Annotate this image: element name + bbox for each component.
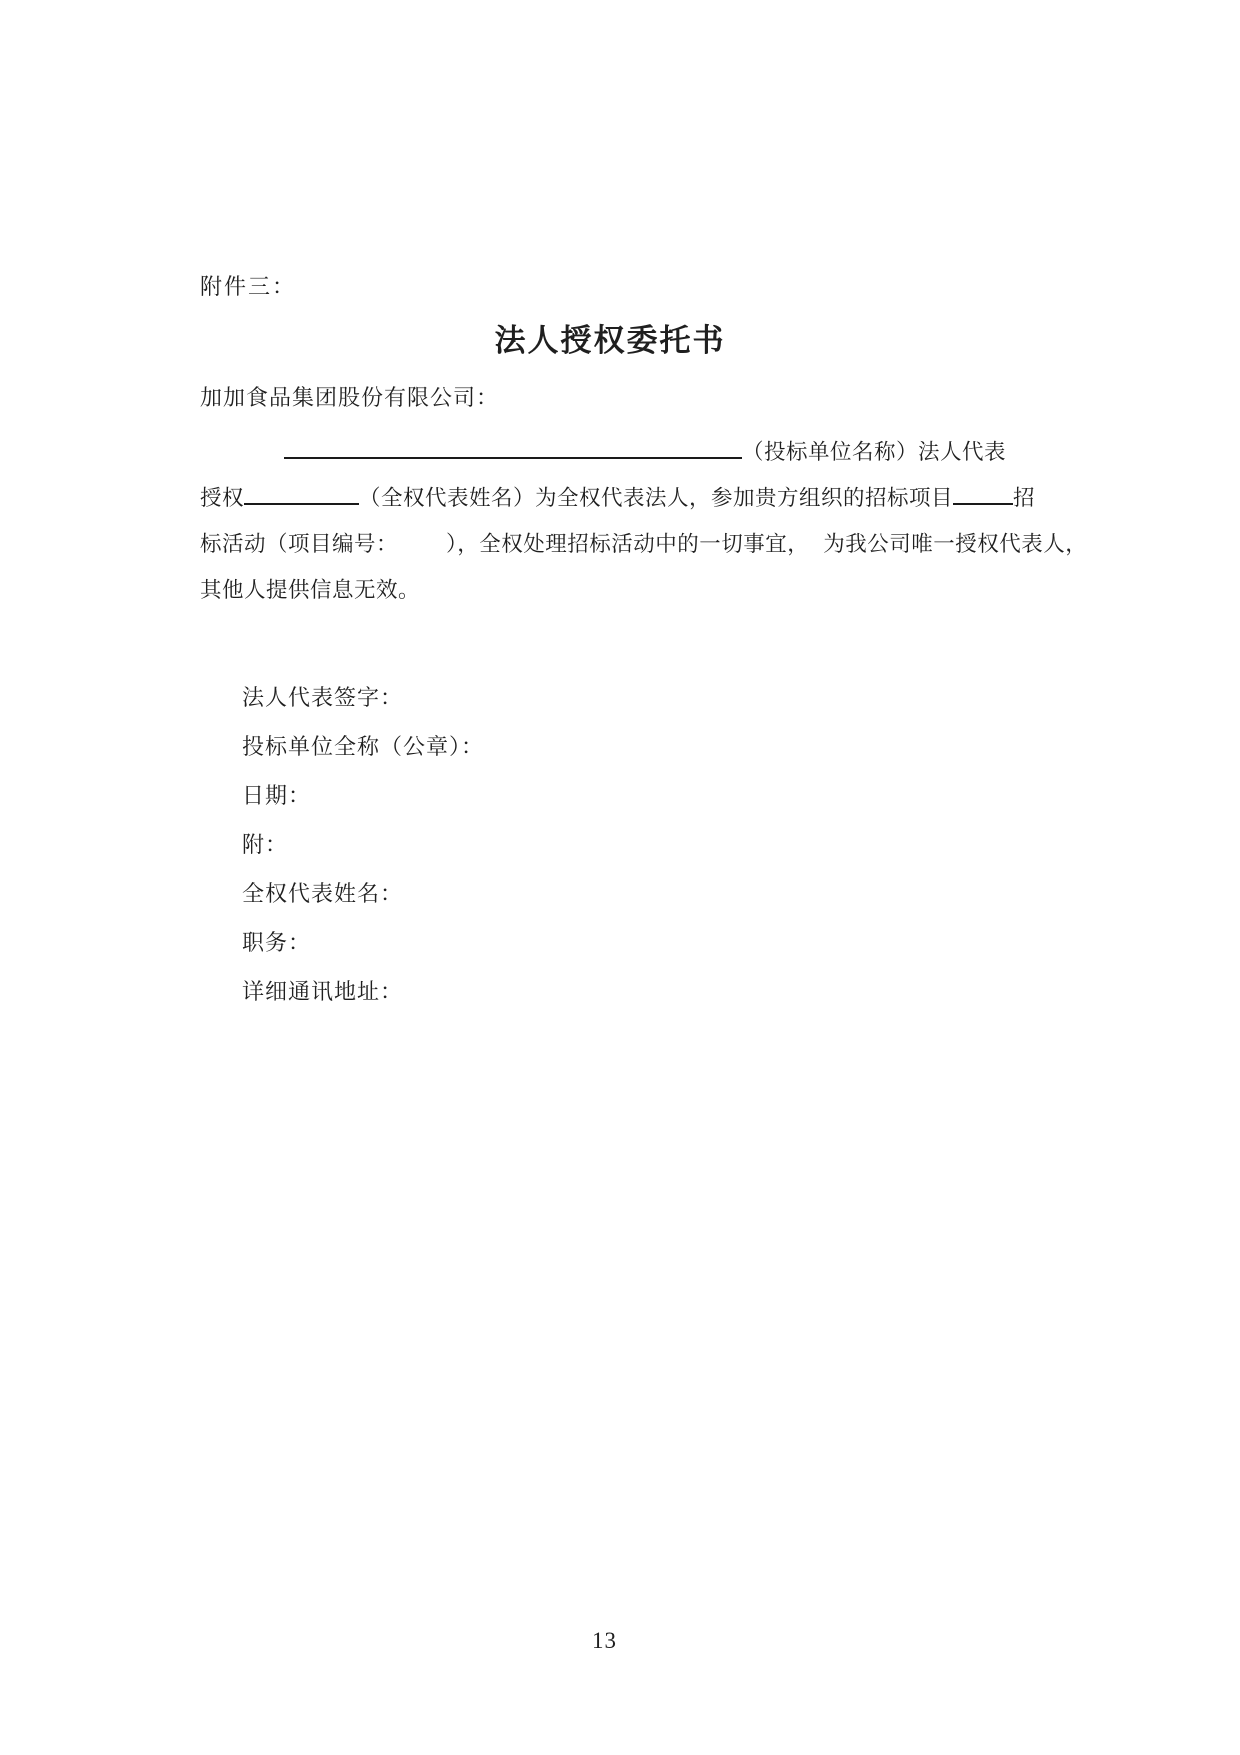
paragraph-line: 标活动（项目编号：），全权处理招标活动中的一切事宜，为我公司唯一授权代表人， <box>200 521 1050 567</box>
paragraph-line: （投标单位名称）法人代表 <box>200 429 1050 475</box>
paragraph-text: 为我公司唯一授权代表人， <box>823 532 1087 556</box>
page-number: 13 <box>592 1628 617 1654</box>
document-page: 附件三： 法人授权委托书 加加食品集团股份有限公司： （投标单位名称）法人代表授… <box>0 0 1240 1755</box>
signature-line: 附： <box>242 834 484 856</box>
signature-line: 日期： <box>242 785 484 807</box>
paragraph-line: 授权（全权代表姓名）为全权代表法人，参加贵方组织的招标项目招 <box>200 475 1050 521</box>
attachment-label: 附件三： <box>200 274 296 300</box>
fill-in-blank-underline <box>244 503 359 505</box>
paragraph-text: 授权 <box>200 486 244 510</box>
paragraph-text: 其他人提供信息无效。 <box>200 578 420 602</box>
fill-in-blank-underline <box>953 503 1013 505</box>
fill-in-blank-underline <box>284 457 742 459</box>
signature-line: 全权代表姓名： <box>242 883 484 905</box>
signature-line: 职务： <box>242 932 484 954</box>
spacer <box>809 550 823 551</box>
paragraph-text: （全权代表姓名）为全权代表法人，参加贵方组织的招标项目 <box>359 486 953 510</box>
spacer <box>200 458 284 459</box>
paragraph-text: 招 <box>1013 486 1035 510</box>
paragraph-text: ），全权处理招标活动中的一切事宜， <box>446 532 809 556</box>
document-title: 法人授权委托书 <box>200 322 1020 360</box>
signature-block: 法人代表签字：投标单位全称（公章）：日期：附：全权代表姓名：职务：详细通讯地址： <box>242 687 484 1030</box>
signature-line: 法人代表签字： <box>242 687 484 709</box>
paragraph-line: 其他人提供信息无效。 <box>200 567 1050 613</box>
spacer <box>398 550 446 551</box>
signature-line: 详细通讯地址： <box>242 981 484 1003</box>
paragraph-text: 标活动（项目编号： <box>200 532 398 556</box>
authorization-paragraph: （投标单位名称）法人代表授权（全权代表姓名）为全权代表法人，参加贵方组织的招标项… <box>200 429 1050 613</box>
company-salutation: 加加食品集团股份有限公司： <box>200 385 499 411</box>
paragraph-text: （投标单位名称）法人代表 <box>742 440 1006 464</box>
signature-line: 投标单位全称（公章）： <box>242 736 484 758</box>
